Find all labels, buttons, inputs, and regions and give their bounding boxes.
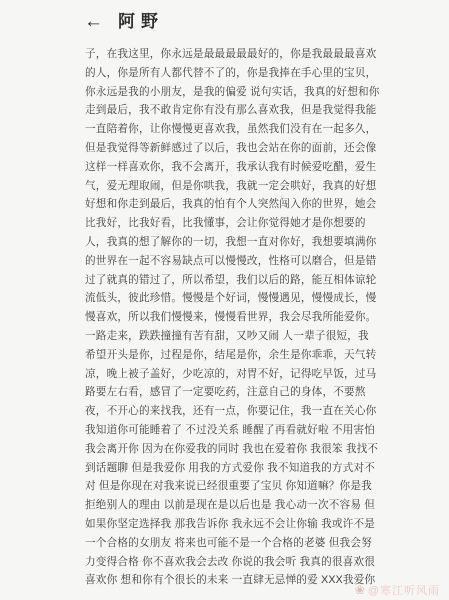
letter-line: 路要左右看，感冒了一定要吃药，注意自己的身体，不要熬 bbox=[85, 383, 395, 402]
back-arrow-icon[interactable]: ← bbox=[84, 12, 103, 31]
letter-line: 你永远是我的小朋友，是我的偏爱 说句实话，我真的好想和你 bbox=[85, 83, 395, 102]
letter-line: 走到最后，我不敢肯定你有没有那么喜欢我，但是我觉得我能 bbox=[85, 101, 395, 120]
letter-line: 但是我觉得等新鲜感过了以后，我也会站在你的面前，还会像 bbox=[85, 139, 395, 158]
letter-line: 拒绝别人的理由 以前是现在是以后也是 我心动一次不容易 但 bbox=[85, 496, 395, 515]
letter-line: 我会离开你 因为在你爱我的同时 我也在爱着你 我很笨 我找不 bbox=[85, 440, 395, 459]
letter-line: 一个合格的女朋友 将来也可能不是一个合格的老婆 但我会努 bbox=[85, 534, 395, 553]
letter-line: 的世界在一起不容易缺点可以慢慢改，性格可以磨合，但是错 bbox=[85, 252, 395, 271]
letter-line: 凉，晚上被子盖好，少吃凉的，对胃不好，记得吃早饭，过马 bbox=[85, 365, 395, 384]
letter-line: 气，爱无理取闹，但是你哄我，我就一定会哄好，我真的好想 bbox=[85, 177, 395, 196]
chat-screen: ← 阿野 子，在我这里，你永远是最最最最最好的，你是我最最最喜欢 的人，你是所有… bbox=[0, 0, 449, 600]
letter-line: 比我好，比我好看，比我懂事，会让你觉得她才是你想要的 bbox=[85, 214, 395, 233]
letter-line: 好想和你走到最后，我真的怕有个人突然闯入你的世界，她会 bbox=[85, 195, 395, 214]
header: ← 阿野 bbox=[84, 8, 164, 34]
letter-line: 这样一样喜欢你，我不会离开，我承认我有时候爱吃醋，爱生 bbox=[85, 158, 395, 177]
letter-line: 人，我真的想了解你的一切，我想一直对你好，我想要填满你 bbox=[85, 233, 395, 252]
letter-line: 子，在我这里，你永远是最最最最最好的，你是我最最最喜欢 bbox=[85, 45, 395, 64]
letter-line: 一直陪着你，让你慢慢更喜欢我，虽然我们没有在一起多久， bbox=[85, 120, 395, 139]
letter-line: 一路走来，跌跌撞撞有苦有甜，又吵又闹 人一辈子很短，我 bbox=[85, 327, 395, 346]
letter-line: 流低头，彼此珍惜。慢慢是个好词，慢慢遇见，慢慢成长，慢 bbox=[85, 289, 395, 308]
letter-line: 对 但是你现在对我来说已经很重要了宝贝 你知道嘛？你是我 bbox=[85, 477, 395, 496]
letter-line: 的人，你是所有人都代替不了的，你是我捧在手心里的宝贝， bbox=[85, 64, 395, 83]
letter-line: 喜欢你 想和你有个很长的未来 一直肆无忌惮的爱 XXX我爱你 bbox=[85, 571, 395, 590]
letter-line: 过了就真的错过了，所以希望，我们以后的路，能互相体谅轮 bbox=[85, 271, 395, 290]
letter-line: 慢喜欢，所以我们慢慢来，慢慢看世界，我会尽我所能爱你。 bbox=[85, 308, 395, 327]
letter-line: 我知道你可能睡着了 不过没关系 睡醒了再看就好啦 不用害怕 bbox=[85, 421, 395, 440]
letter-line: 如果你坚定选择我 那我告诉你 我永远不会让你输 我或许不是 bbox=[85, 515, 395, 534]
letter-line: 到话题聊 但是我爱你 用我的方式爱你 我不知道我的方式对不 bbox=[85, 459, 395, 478]
letter-line: 力变得合格 你不喜欢我会去改 你说的我会听 我真的很喜欢很 bbox=[85, 553, 395, 572]
letter-text-area[interactable]: 子，在我这里，你永远是最最最最最好的，你是我最最最喜欢 的人，你是所有人都代替不… bbox=[85, 45, 395, 590]
letter-line: 夜，不开心的来找我，还有一点，你要记住，我一直在关心你 bbox=[85, 402, 395, 421]
letter-line: 希望开头是你，过程是你，结尾是你，余生是你乖乖，天气转 bbox=[85, 346, 395, 365]
page-title: 阿野 bbox=[118, 13, 164, 30]
